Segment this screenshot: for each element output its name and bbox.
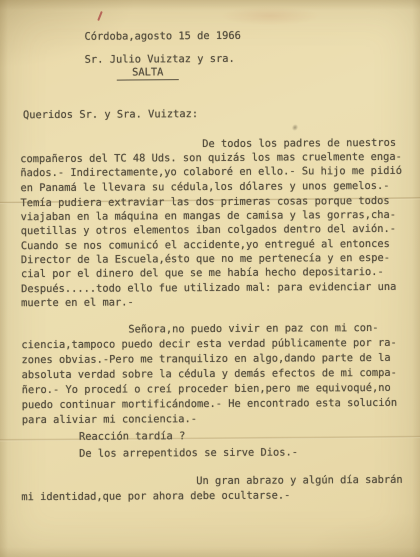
letter-line: mi identidad,que por ahora debe ocultars… xyxy=(21,490,290,504)
letter-line: Reacción tardía ? xyxy=(79,430,185,443)
letter-city: SALTA xyxy=(117,66,179,80)
letter-line: ñero.- Yo procedí o creí proceder bien,p… xyxy=(22,382,391,396)
letter-line: Señora,no puedo vivir en paz con mi con- xyxy=(128,322,378,336)
letter-line: quetillas y otros elementos iban colgado… xyxy=(21,223,396,237)
letter-paper: Córdoba,agosto 15 de 1966 Sr. Julio Vuiz… xyxy=(0,0,420,557)
letter-line: Queridos Sr. y Sra. Vuiztaz: xyxy=(23,108,198,121)
letter-line: puedo continuar mortificándome.- He enco… xyxy=(22,397,397,411)
letter-line: para aliviar mi conciencia.- xyxy=(22,413,197,426)
letter-line: ciencia,tampoco puedo decir esta verdad … xyxy=(21,337,396,351)
letter-line: Temía pudiera extraviar las dos primeras… xyxy=(20,195,389,209)
typed-content: Córdoba,agosto 15 de 1966 Sr. Julio Vuiz… xyxy=(0,0,420,557)
letter-line: compañeros del TC 48 Uds. son quizás los… xyxy=(20,151,402,165)
letter-line: cial por el dinero del que se me había h… xyxy=(21,266,384,280)
letter-addressee: Sr. Julio Vuiztaz y sra. xyxy=(85,53,235,66)
letter-line: Cuando se nos comunicó el accidente,yo e… xyxy=(21,238,390,252)
letter-line: ñados.- Indirectamente,yo colaboré en el… xyxy=(20,165,402,179)
letter-date: Córdoba,agosto 15 de 1966 xyxy=(84,30,240,43)
letter-line: absoluta verdad sobre la cédula y demás … xyxy=(22,367,397,381)
letter-line: De todos los padres de nuestros xyxy=(202,137,396,150)
letter-line: zones obvias.-Pero me tranquilizo en alg… xyxy=(21,352,390,366)
letter-line: Un gran abrazo y algún día sabrán xyxy=(196,474,403,487)
letter-body: Queridos Sr. y Sra. Vuiztaz:De todos los… xyxy=(0,0,418,1)
letter-line: muerte en el mar.- xyxy=(21,296,134,309)
letter-line: Después.....todo ello fue utilizado mal:… xyxy=(21,281,396,295)
letter-line: De los arrepentidos se sirve Dios.- xyxy=(79,446,298,459)
letter-line: en Panamá le llevara su cédula,los dólar… xyxy=(20,180,389,194)
letter-line: Director de la Escuela,ésto que no me pe… xyxy=(21,252,390,266)
letter-line: viajaban en la máquina en mangas de cami… xyxy=(21,209,396,223)
